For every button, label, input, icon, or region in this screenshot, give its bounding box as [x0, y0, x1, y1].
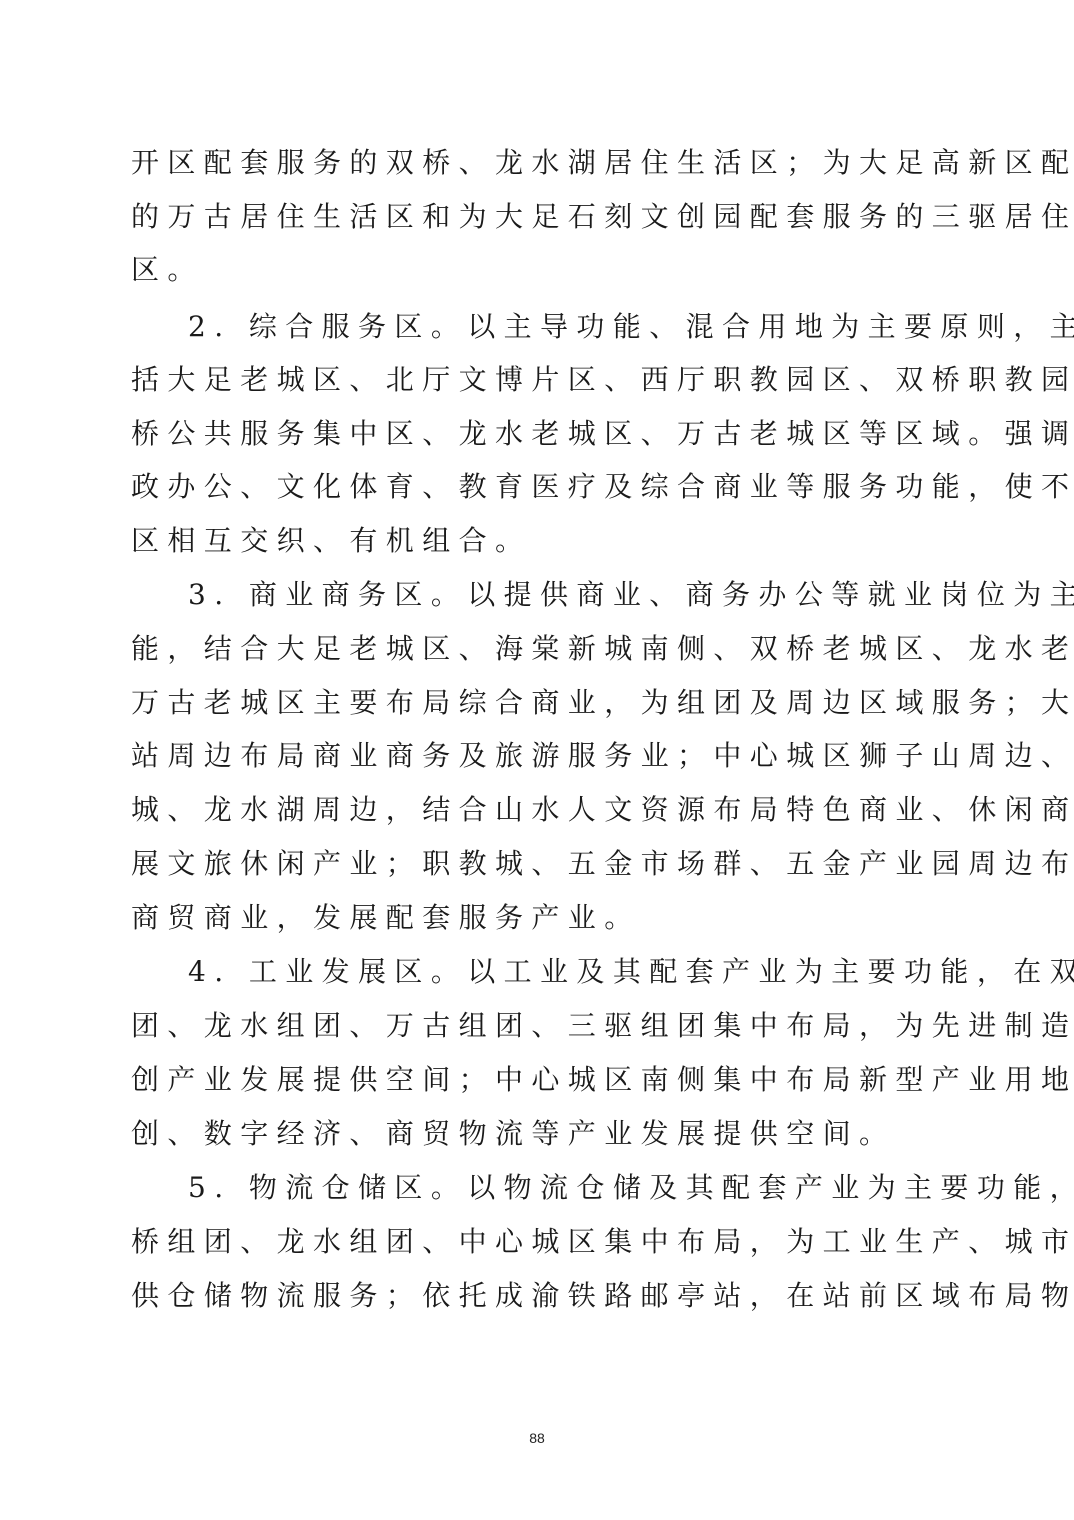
paragraph-heading-line: 2. 综合服务区。以主导功能、混合用地为主要原则，主要包: [188, 307, 951, 347]
document-page: 开区配套服务的双桥、龙水湖居住生活区；为大足高新区配套服务 的万古居住生活区和为…: [0, 0, 1074, 1520]
text-line: 政办公、文化体育、教育医疗及综合商业等服务功能，使不同功能: [131, 467, 951, 507]
text-line: 团、龙水组团、万古组团、三驱组团集中布局，为先进制造业、文: [131, 1006, 951, 1046]
text-line: 桥公共服务集中区、龙水老城区、万古老城区等区域。强调完善行: [131, 414, 951, 454]
text-line: 开区配套服务的双桥、龙水湖居住生活区；为大足高新区配套服务: [131, 143, 951, 183]
text-line: 创、数字经济、商贸物流等产业发展提供空间。: [131, 1114, 951, 1154]
text-line: 站周边布局商业商务及旅游服务业；中心城区狮子山周边、昌州古: [131, 736, 951, 776]
text-line: 桥组团、龙水组团、中心城区集中布局，为工业生产、城市配送提: [131, 1222, 951, 1262]
text-line: 万古老城区主要布局综合商业，为组团及周边区域服务；大足石刻: [131, 683, 951, 723]
text-line: 城、龙水湖周边，结合山水人文资源布局特色商业、休闲商业，发: [131, 790, 951, 830]
text-line: 创产业发展提供空间；中心城区南侧集中布局新型产业用地，为文: [131, 1060, 951, 1100]
paragraph-heading-line: 5. 物流仓储区。以物流仓储及其配套产业为主要功能，在双: [188, 1168, 951, 1208]
page-number: 88: [0, 1430, 1074, 1446]
paragraph-heading-line: 3. 商业商务区。以提供商业、商务办公等就业岗位为主要功: [188, 575, 951, 615]
paragraph-heading-line: 4. 工业发展区。以工业及其配套产业为主要功能，在双桥组: [188, 952, 951, 992]
text-line: 能，结合大足老城区、海棠新城南侧、双桥老城区、龙水老城区、: [131, 629, 951, 669]
text-line: 展文旅休闲产业；职教城、五金市场群、五金产业园周边布局综合: [131, 844, 951, 884]
text-line: 供仓储物流服务；依托成渝铁路邮亭站，在站前区域布局物流仓储: [131, 1276, 951, 1316]
text-line: 的万古居住生活区和为大足石刻文创园配套服务的三驱居住生活: [131, 197, 951, 237]
text-line: 括大足老城区、北厅文博片区、西厅职教园区、双桥职教园区、双: [131, 360, 951, 400]
text-line: 区。: [131, 250, 951, 290]
text-line: 商贸商业，发展配套服务产业。: [131, 898, 951, 938]
text-line: 区相互交织、有机组合。: [131, 521, 951, 561]
